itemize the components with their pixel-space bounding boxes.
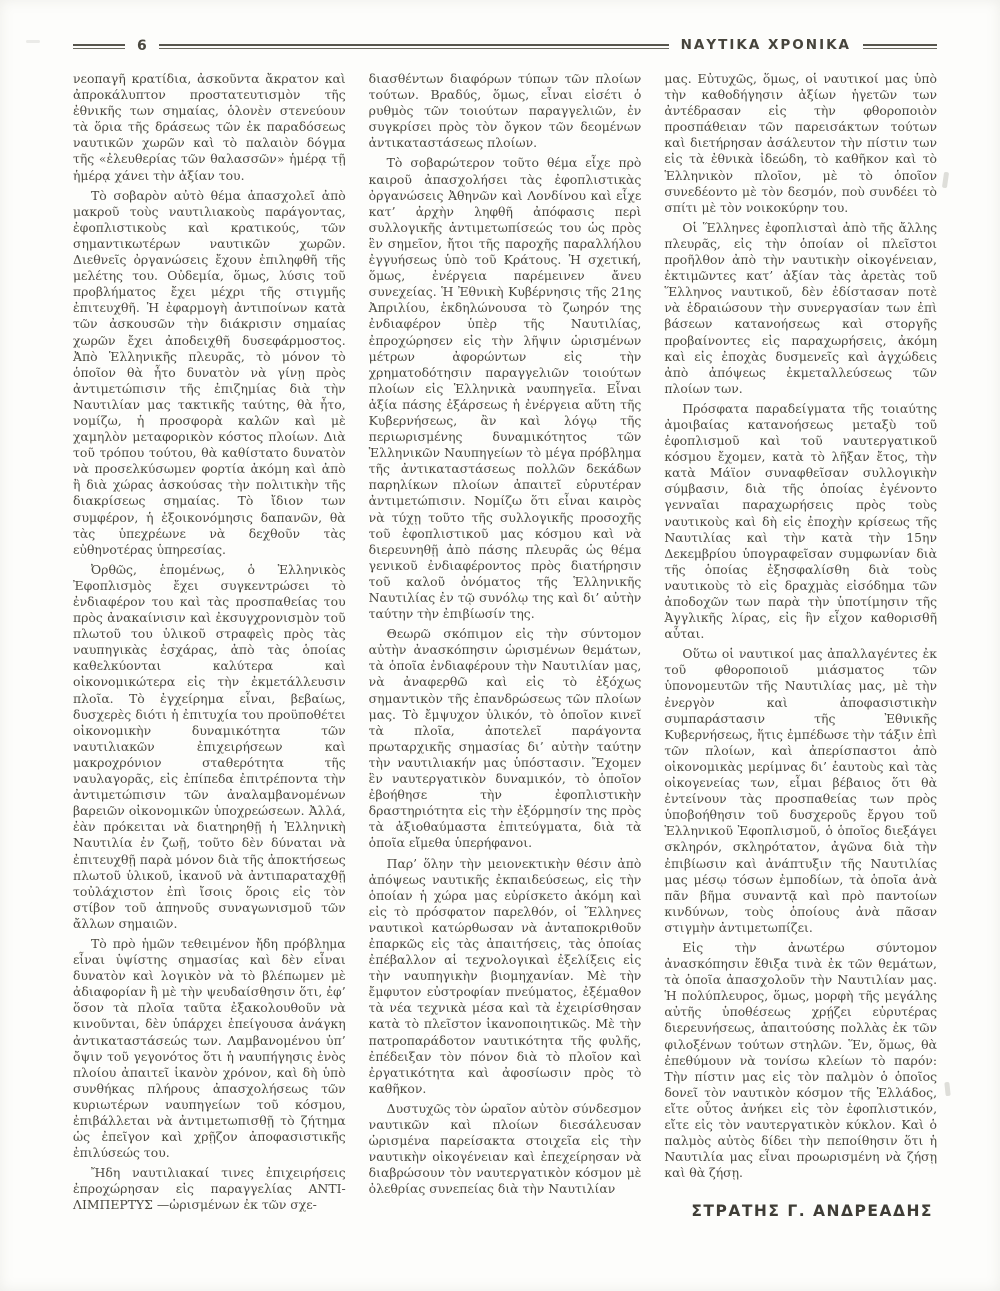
- article-paragraph: νεοπαγῆ κρατίδια, ἀσκοῦντα ἄκρατον καὶ ἀ…: [73, 71, 346, 184]
- article-paragraph: Δυστυχῶς τὸν ὡραῖον αὐτὸν σύνδεσμον ναυτ…: [369, 1101, 642, 1198]
- article-paragraph: Οἱ Ἕλληνες ἐφοπλισταὶ ἀπὸ τῆς ἄλλης πλευ…: [664, 220, 937, 397]
- article-paragraph: Παρ’ ὅλην τὴν μειονεκτικὴν θέσιν ἀπὸ ἀπό…: [369, 856, 642, 1097]
- magazine-title: ΝΑΥΤΙΚΑ ΧΡΟΝΙΚΑ: [681, 39, 851, 53]
- header-rule-right: [863, 44, 937, 49]
- article-paragraph: Τὸ σοβαρὸν αὐτὸ θέμα ἀπασχολεῖ ἀπὸ μακρο…: [73, 188, 346, 558]
- article-paragraph: διασθέντων διαφόρων τύπων τῶν πλοίων τού…: [369, 71, 642, 151]
- page-number: 6: [137, 39, 147, 53]
- scan-smudge: [942, 172, 949, 189]
- header-rule-middle: [159, 44, 669, 49]
- article-paragraph: Πρόσφατα παραδείγματα τῆς τοιαύτης ἀμοιβ…: [664, 401, 937, 642]
- article-paragraph: Τὸ σοβαρώτερον τοῦτο θέμα εἶχε πρὸ καιρο…: [369, 155, 642, 622]
- author-signature: ΣΤΡΑΤΗΣ Γ. ΑΝΔΡΕΑΔΗΣ: [664, 1203, 937, 1219]
- page-header: 6 ΝΑΥΤΙΚΑ ΧΡΟΝΙΚΑ: [73, 36, 937, 56]
- scan-smudge: [26, 40, 40, 43]
- article-column-2: διασθέντων διαφόρων τύπων τῶν πλοίων τού…: [369, 71, 642, 1219]
- article-paragraph: Τὸ πρὸ ἡμῶν τεθειμένον ἤδη πρόβλημα εἶνα…: [73, 936, 346, 1161]
- article-paragraph: Οὕτω οἱ ναυτικοί μας ἀπαλλαγέντες ἐκ τοῦ…: [664, 646, 937, 936]
- article-body: νεοπαγῆ κρατίδια, ἀσκοῦντα ἄκρατον καὶ ἀ…: [73, 71, 937, 1219]
- article-paragraph: μας. Εὐτυχῶς, ὅμως, οἱ ναυτικοί μας ὑπὸ …: [664, 71, 937, 216]
- article-paragraph: Εἰς τὴν ἀνωτέρω σύντομον ἀνασκόπησιν ἔθι…: [664, 940, 937, 1181]
- magazine-page-scan: 6 ΝΑΥΤΙΚΑ ΧΡΟΝΙΚΑ νεοπαγῆ κρατίδια, ἀσκο…: [0, 0, 1000, 1291]
- article-paragraph: Ἤδη ναυτιλιακαί τινες ἐπιχειρήσεις ἐπροχ…: [73, 1165, 346, 1213]
- article-column-3: μας. Εὐτυχῶς, ὅμως, οἱ ναυτικοί μας ὑπὸ …: [664, 71, 937, 1219]
- scan-smudge: [944, 1082, 950, 1096]
- article-paragraph: Θεωρῶ σκόπιμον εἰς τὴν σύντομον αὐτὴν ἀν…: [369, 626, 642, 851]
- article-column-1: νεοπαγῆ κρατίδια, ἀσκοῦντα ἄκρατον καὶ ἀ…: [73, 71, 346, 1219]
- article-paragraph: Ὀρθῶς, ἑπομένως, ὁ Ἑλληνικὸς Ἐφοπλισμὸς …: [73, 562, 346, 932]
- header-rule-left: [73, 44, 125, 49]
